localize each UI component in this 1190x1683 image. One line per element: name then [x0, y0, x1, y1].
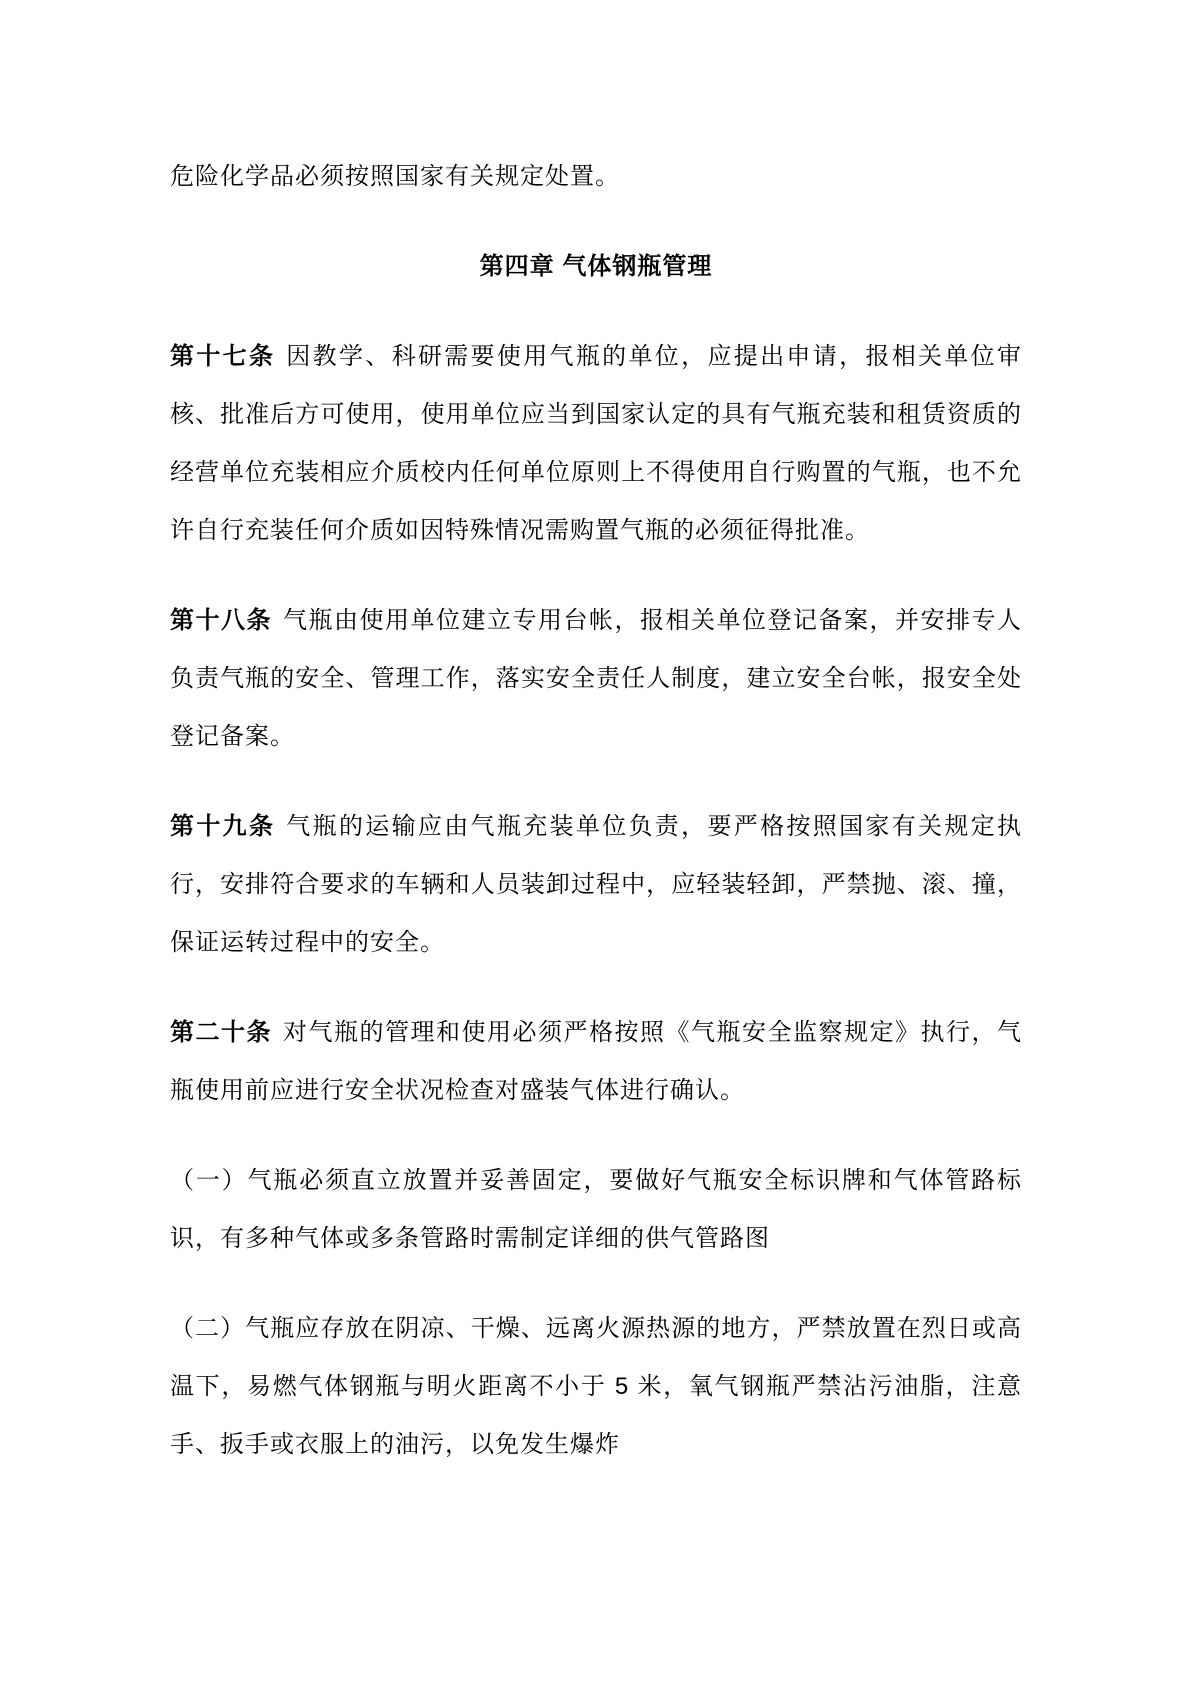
clause-paragraph-2: （二）气瓶应存放在阴凉、干燥、远离火源热源的地方，严禁放置在烈日或高温下，易燃气… — [170, 1300, 1022, 1474]
article-paragraph-20: 第二十条对气瓶的管理和使用必须严格按照《气瓶安全监察规定》执行，气瓶使用前应进行… — [170, 1004, 1022, 1120]
article-19-text: 气瓶的运输应由气瓶充装单位负责，要严格按照国家有关规定执行，安排符合要求的车辆和… — [170, 813, 1022, 956]
intro-paragraph: 危险化学品必须按照国家有关规定处置。 — [170, 148, 1022, 206]
article-20-label: 第二十条 — [170, 1019, 272, 1046]
article-18-text: 气瓶由使用单位建立专用台帐，报相关单位登记备案，并安排专人负责气瓶的安全、管理工… — [170, 607, 1022, 750]
article-17-label: 第十七条 — [170, 343, 275, 370]
article-paragraph-19: 第十九条气瓶的运输应由气瓶充装单位负责，要严格按照国家有关规定执行，安排符合要求… — [170, 798, 1022, 972]
article-17-text: 因教学、科研需要使用气瓶的单位，应提出申请，报相关单位审核、批准后方可使用，使用… — [170, 343, 1022, 544]
article-18-label: 第十八条 — [170, 607, 272, 634]
clause-paragraph-1: （一）气瓶必须直立放置并妥善固定，要做好气瓶安全标识牌和气体管路标识，有多种气体… — [170, 1152, 1022, 1268]
article-paragraph-18: 第十八条气瓶由使用单位建立专用台帐，报相关单位登记备案，并安排专人负责气瓶的安全… — [170, 592, 1022, 766]
article-20-text: 对气瓶的管理和使用必须严格按照《气瓶安全监察规定》执行，气瓶使用前应进行安全状况… — [170, 1019, 1022, 1104]
chapter-heading: 第四章 气体钢瓶管理 — [170, 238, 1022, 296]
article-paragraph-17: 第十七条因教学、科研需要使用气瓶的单位，应提出申请，报相关单位审核、批准后方可使… — [170, 328, 1022, 560]
document-page: 危险化学品必须按照国家有关规定处置。 第四章 气体钢瓶管理 第十七条因教学、科研… — [0, 0, 1190, 1683]
article-19-label: 第十九条 — [170, 813, 275, 840]
